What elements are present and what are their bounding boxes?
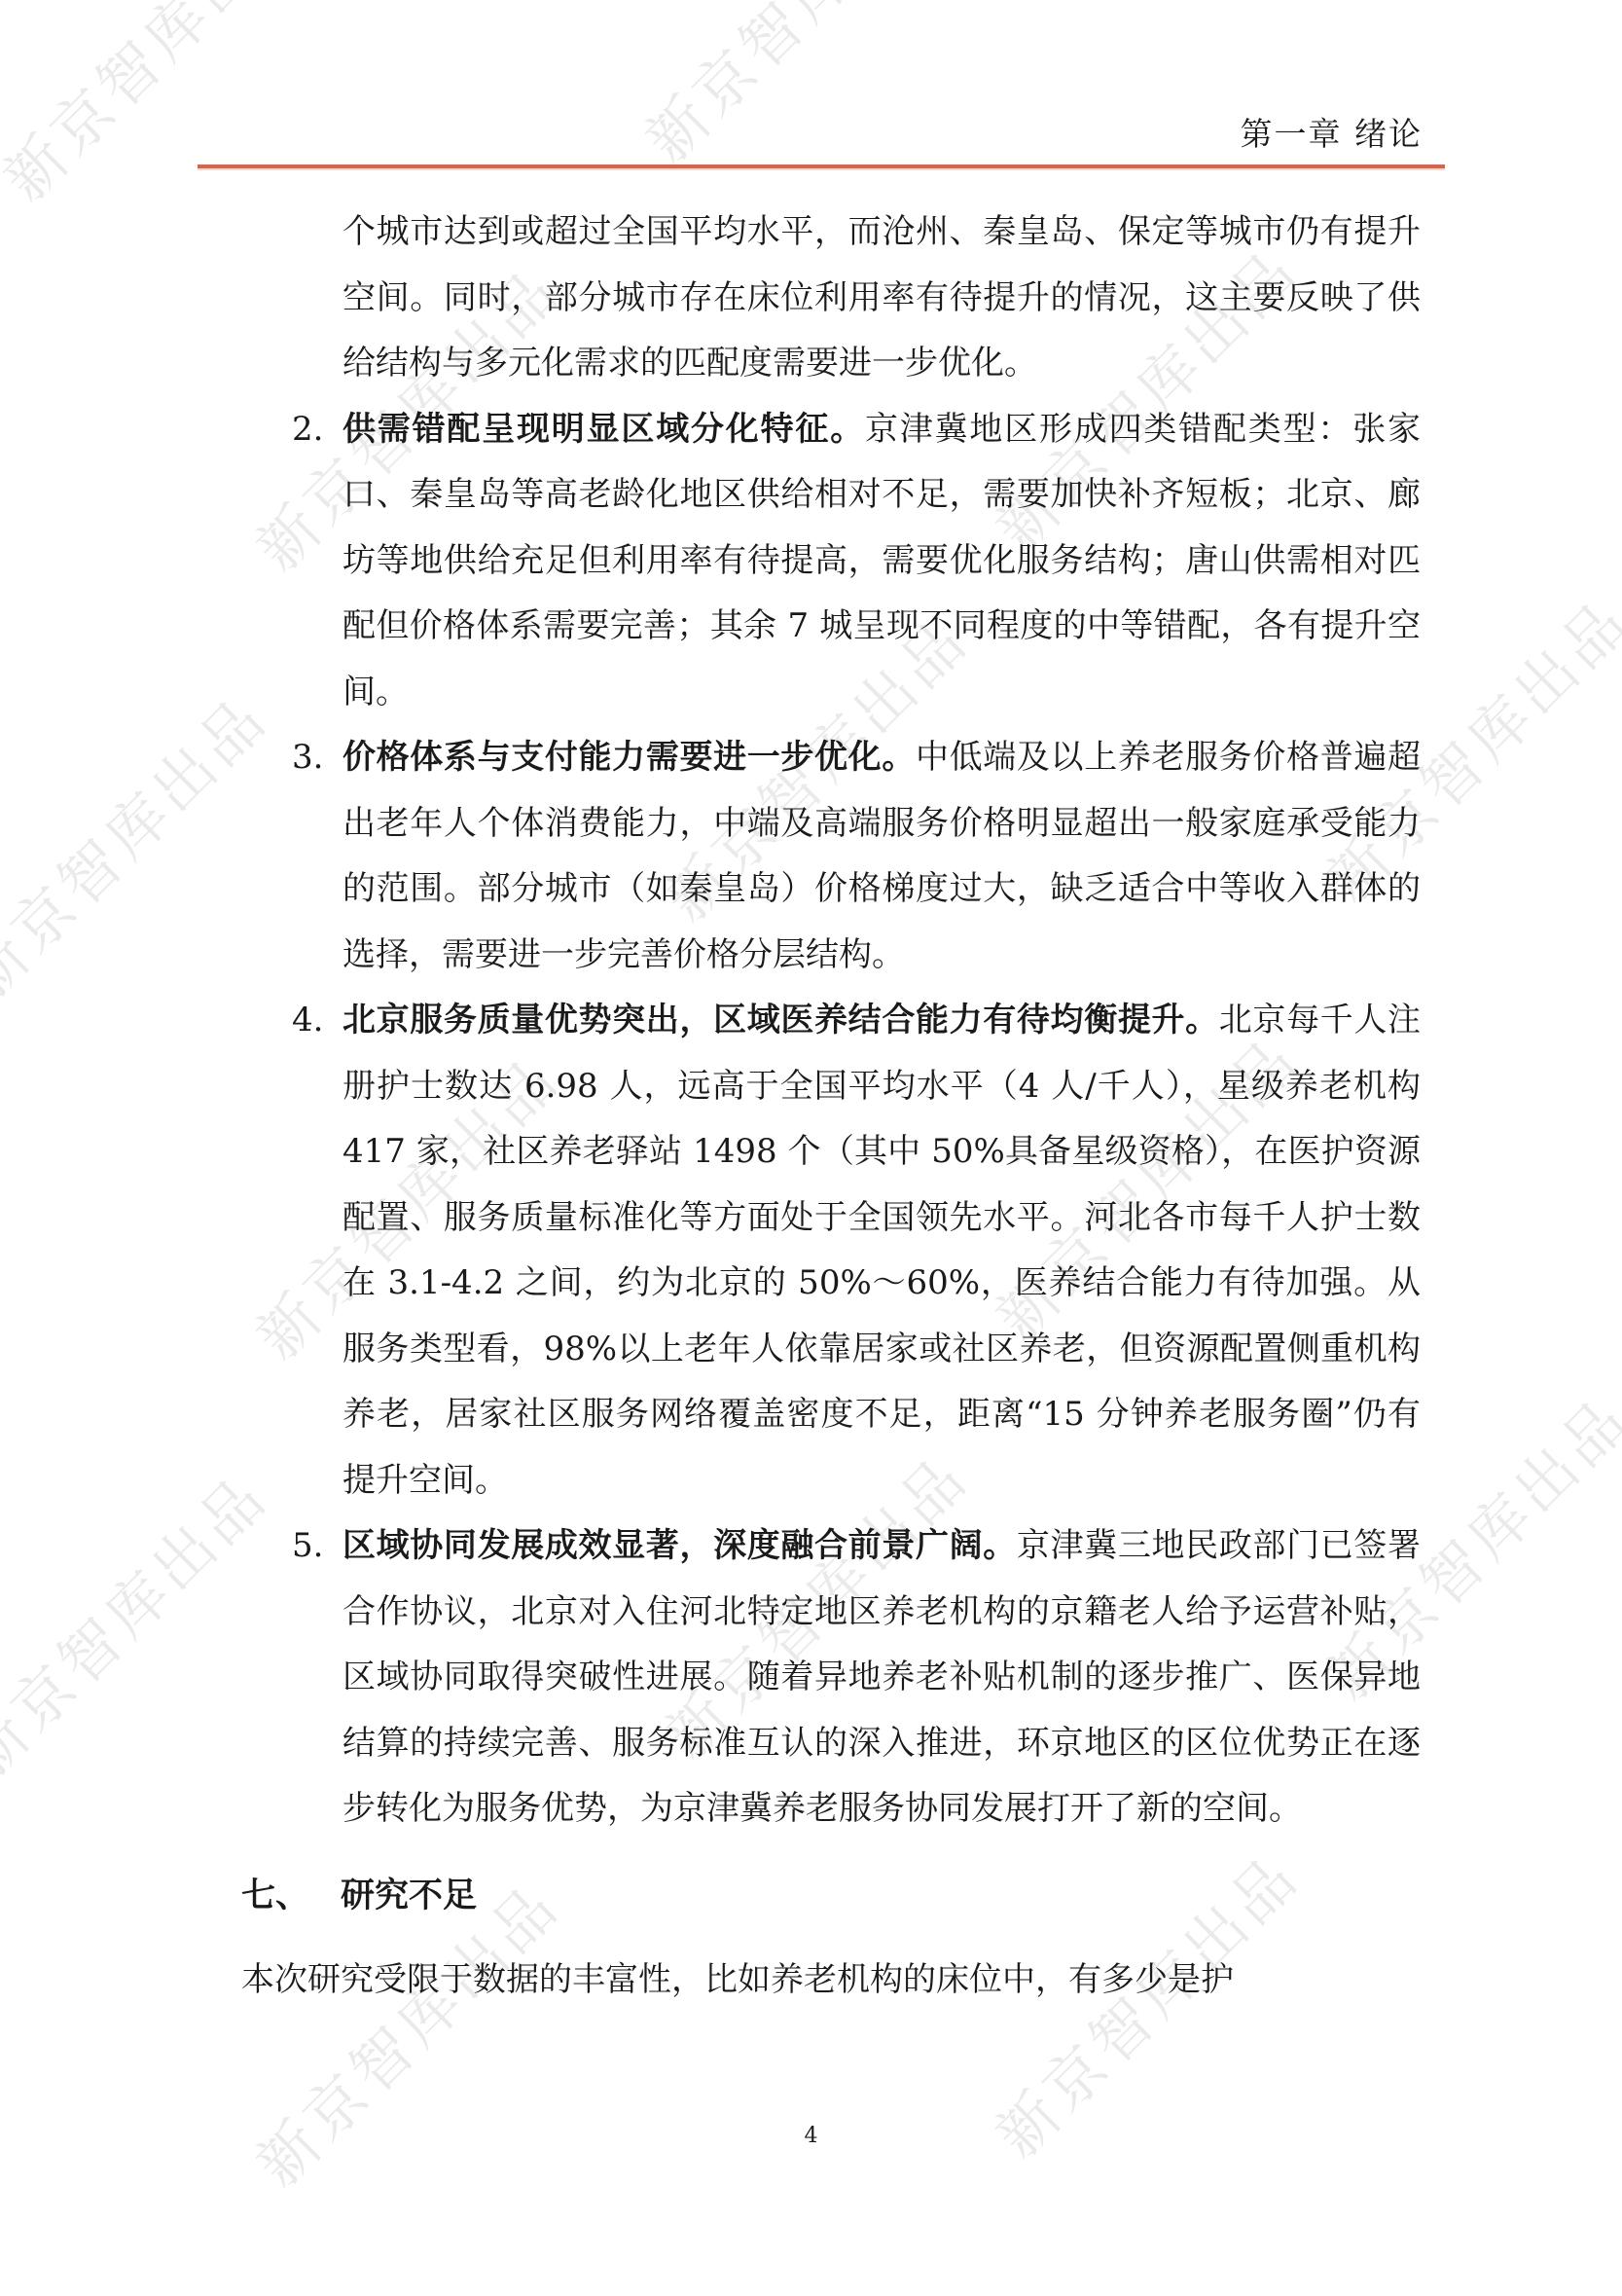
finding-item-5: 5. 区域协同发展成效显著，深度融合前景广阔。京津冀三地民政部门已签署合作协议，… (292, 1513, 1421, 1842)
running-head: 第一章 绪论 (1241, 109, 1424, 155)
item-number: 4. (292, 988, 323, 1054)
section-number: 七、 (241, 1876, 309, 1915)
item-heading: 价格体系与支付能力需要进一步优化。 (342, 738, 916, 777)
document-page: 第一章 绪论 个城市达到或超过全国平均水平，而沧州、秦皇岛、保定等城市仍有提升空… (0, 0, 1622, 2296)
item-text: 北京每千人注册护士数达 6.98 人，远高于全国平均水平（4 人/千人），星级养… (342, 1001, 1421, 1500)
section-title: 研究不足 (341, 1876, 477, 1915)
item-heading: 供需错配呈现明显区域分化特征。 (342, 410, 865, 449)
finding-item-2: 2. 供需错配呈现明显区域分化特征。京津冀地区形成四类错配类型：张家口、秦皇岛等… (292, 397, 1421, 726)
section-heading: 七、研究不足 (241, 1852, 1421, 1940)
item-number: 3. (292, 725, 323, 791)
item-number: 2. (292, 397, 323, 463)
item-number: 5. (292, 1513, 323, 1580)
continuation-paragraph: 个城市达到或超过全国平均水平，而沧州、秦皇岛、保定等城市仍有提升空间。同时，部分… (292, 200, 1421, 397)
page-content: 个城市达到或超过全国平均水平，而沧州、秦皇岛、保定等城市仍有提升空间。同时，部分… (292, 200, 1421, 2046)
item-text: 京津冀三地民政部门已签署合作协议，北京对入住河北特定地区养老机构的京籍老人给予运… (342, 1526, 1421, 1828)
item-heading: 北京服务质量优势突出，区域医养结合能力有待均衡提升。 (342, 1001, 1219, 1039)
finding-item-3: 3. 价格体系与支付能力需要进一步优化。中低端及以上养老服务价格普遍超出老年人个… (292, 725, 1421, 988)
item-heading: 区域协同发展成效显著，深度融合前景广阔。 (342, 1526, 1017, 1565)
page-number: 4 (0, 2124, 1622, 2148)
header-rule (198, 164, 1445, 168)
item-text: 京津冀地区形成四类错配类型：张家口、秦皇岛等高老龄化地区供给相对不足，需要加快补… (342, 410, 1421, 711)
finding-item-4: 4. 北京服务质量优势突出，区域医养结合能力有待均衡提升。北京每千人注册护士数达… (292, 988, 1421, 1513)
section-body-paragraph: 本次研究受限于数据的丰富性，比如养老机构的床位中，有多少是护 (241, 1948, 1421, 2014)
